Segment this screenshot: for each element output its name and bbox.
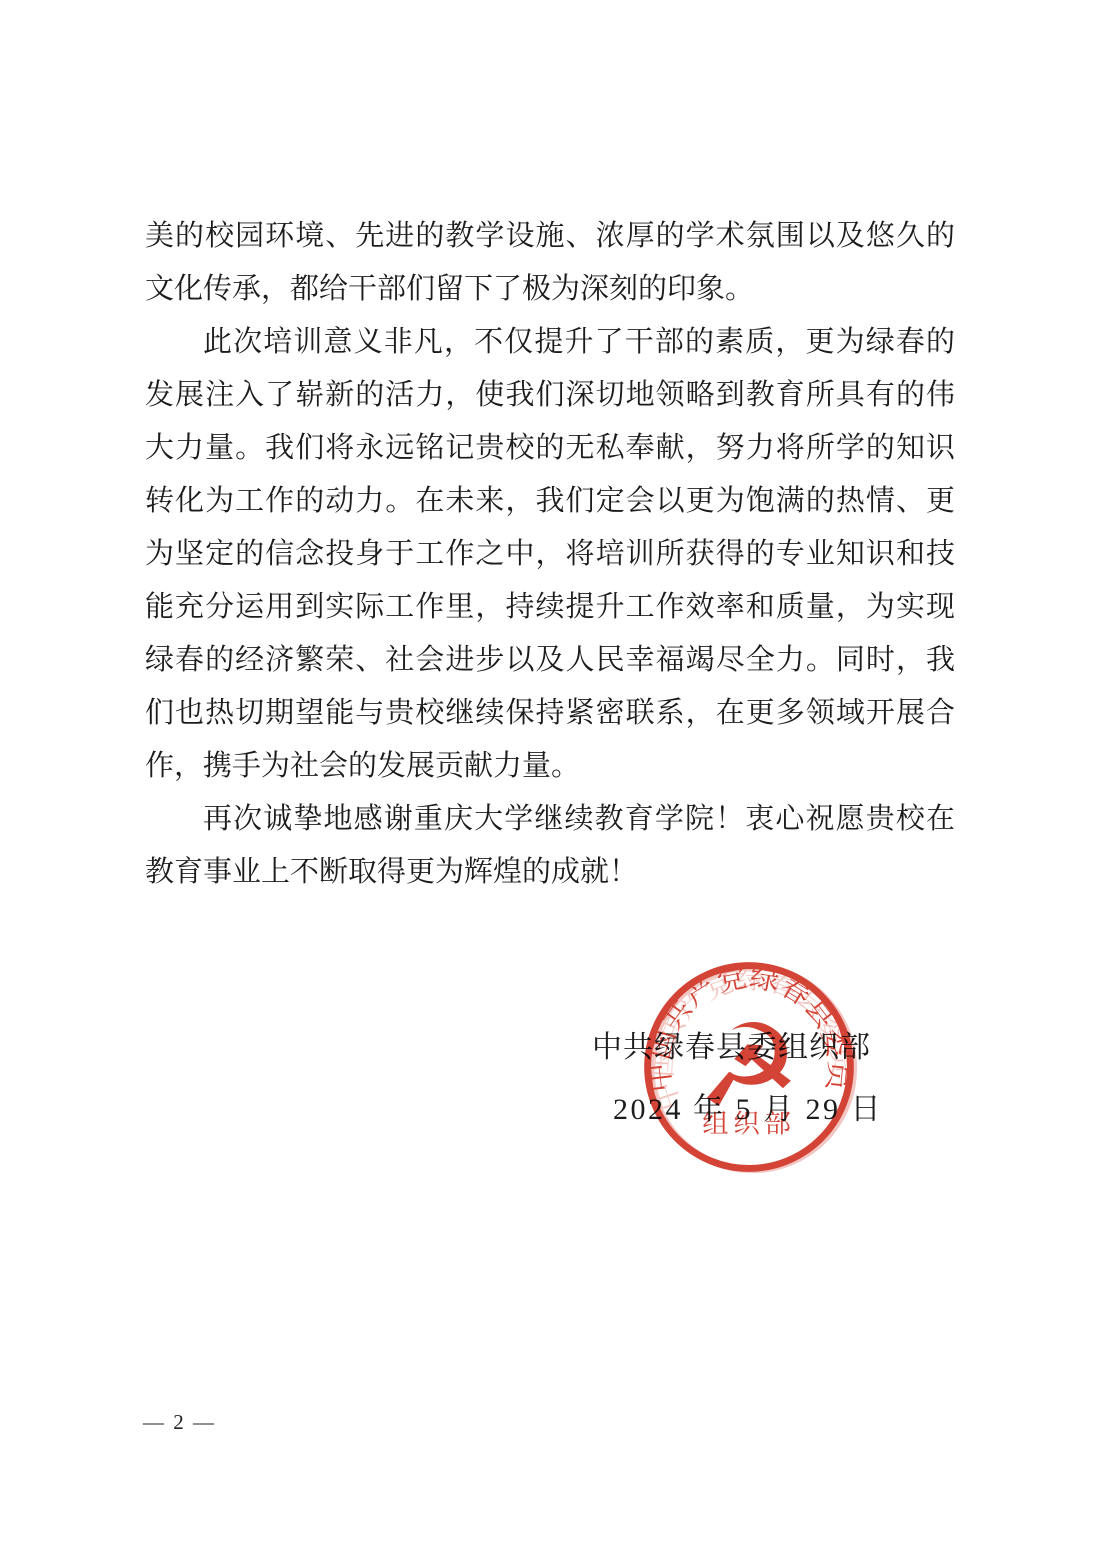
official-seal: 中国共产党绿春县委员会 中国共产党绿春县委员会 ☭ 组织部 (632, 950, 866, 1184)
text-line: 作，携手为社会的发展贡献力量。 (145, 740, 955, 793)
text-line: 美的校园环境、先进的教学设施、浓厚的学术氛围以及悠久的 (145, 210, 955, 263)
text-line: 文化传承，都给干部们留下了极为深刻的印象。 (145, 263, 955, 316)
text-line: 们也热切期望能与贵校继续保持紧密联系，在更多领域开展合 (145, 687, 955, 740)
text-line: 绿春的经济繁荣、社会进步以及人民幸福竭尽全力。同时，我 (145, 634, 955, 687)
text-line: 转化为工作的动力。在未来，我们定会以更为饱满的热情、更 (145, 475, 955, 528)
text-line: 为坚定的信念投身于工作之中，将培训所获得的专业知识和技 (145, 528, 955, 581)
seal-main-impression: 中国共产党绿春县委员会 ☭ 组织部 (632, 950, 855, 1168)
seal-bottom-text: 组织部 (702, 1109, 796, 1138)
body-text: 美的校园环境、先进的教学设施、浓厚的学术氛围以及悠久的文化传承，都给干部们留下了… (145, 210, 955, 899)
document-page: 美的校园环境、先进的教学设施、浓厚的学术氛围以及悠久的文化传承，都给干部们留下了… (0, 0, 1102, 1559)
text-line: 此次培训意义非凡，不仅提升了干部的素质，更为绿春的 (145, 316, 955, 369)
text-line: 发展注入了崭新的活力，使我们深切地领略到教育所具有的伟 (145, 369, 955, 422)
text-line: 能充分运用到实际工作里，持续提升工作效率和质量，为实现 (145, 581, 955, 634)
seal-graphic: 中国共产党绿春县委员会 中国共产党绿春县委员会 ☭ 组织部 (632, 950, 866, 1184)
text-line: 再次诚挚地感谢重庆大学继续教育学院！衷心祝愿贵校在 (145, 793, 955, 846)
page-number: — 2 — (143, 1410, 216, 1435)
text-line: 大力量。我们将永远铭记贵校的无私奉献，努力将所学的知识 (145, 422, 955, 475)
text-line: 教育事业上不断取得更为辉煌的成就！ (145, 846, 955, 899)
